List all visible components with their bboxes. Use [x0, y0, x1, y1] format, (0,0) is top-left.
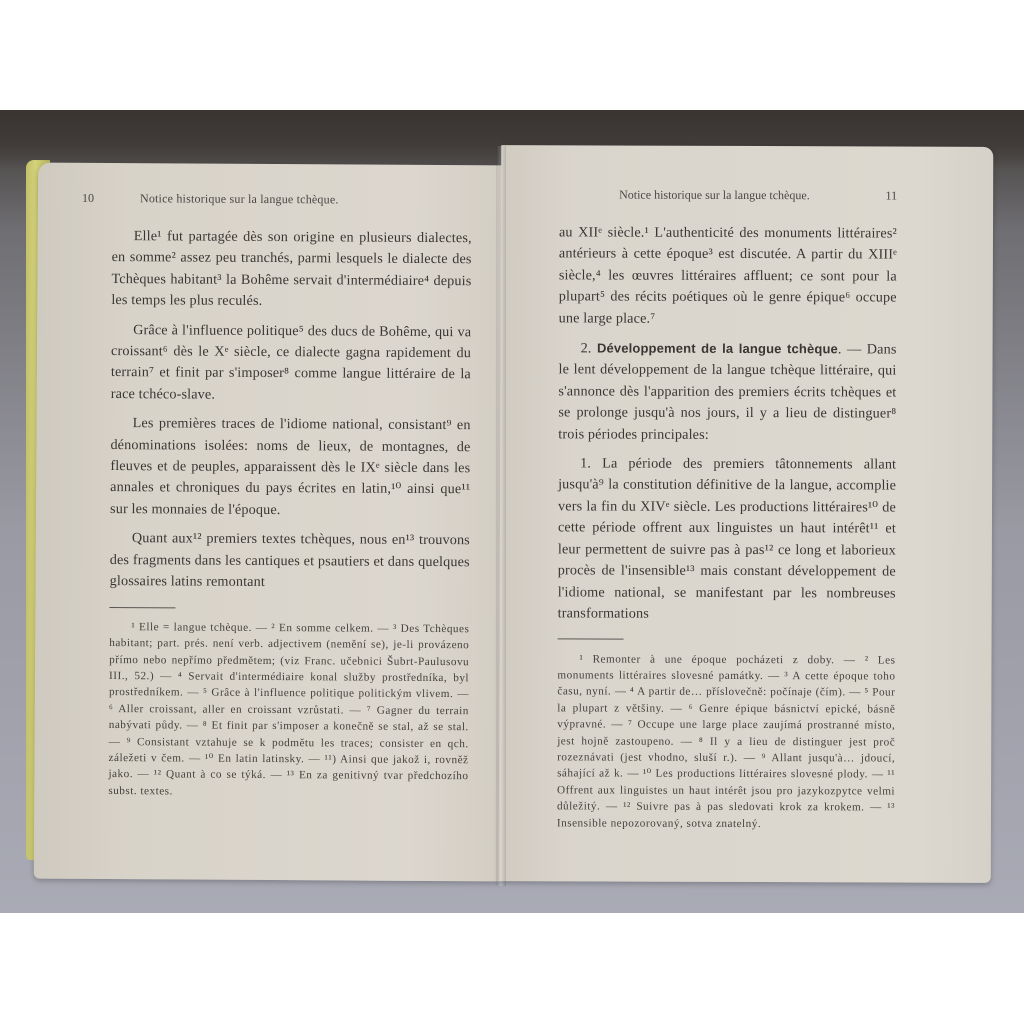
section-text: . — Dans le lent développement de la lan…: [558, 341, 896, 442]
page-number: 11: [886, 188, 898, 203]
running-head: Notice historique sur la langue tchèque.: [140, 191, 339, 207]
paragraph: 1. La période des premiers tâtonnements …: [558, 453, 897, 625]
section-number: 2.: [581, 340, 592, 356]
right-page-header: Notice historique sur la langue tchèque.…: [559, 187, 897, 203]
footnote-rule: [558, 639, 624, 640]
section-paragraph: 2. Développement de la langue tchèque. —…: [558, 337, 896, 446]
paragraph: Elle¹ fut partagée dès son origine en pl…: [111, 226, 472, 314]
footnote-rule: [109, 607, 175, 608]
paragraph: Grâce à l'influence politique⁵ des ducs …: [111, 320, 472, 408]
left-page-header: 10 Notice historique sur la langue tchèq…: [112, 191, 472, 208]
right-page: Notice historique sur la langue tchèque.…: [499, 145, 994, 883]
footnotes: ¹ Remonter à une époque pocházeti z doby…: [557, 651, 896, 833]
running-head: Notice historique sur la langue tchèque.: [619, 188, 810, 204]
footnotes: ¹ Elle = langue tchèque. — ² En somme ce…: [108, 619, 469, 802]
book-gutter: [496, 146, 506, 886]
paragraph: au XIIᵉ siècle.¹ L'authenticité des monu…: [559, 222, 897, 330]
page-number: 10: [82, 191, 112, 206]
paragraph: Les premières traces de l'idiome nationa…: [110, 413, 471, 522]
left-page: 10 Notice historique sur la langue tchèq…: [34, 163, 504, 882]
section-title: Développement de la langue tchèque: [597, 341, 838, 357]
paragraph: Quant aux¹² premiers textes tchèques, no…: [110, 528, 470, 594]
